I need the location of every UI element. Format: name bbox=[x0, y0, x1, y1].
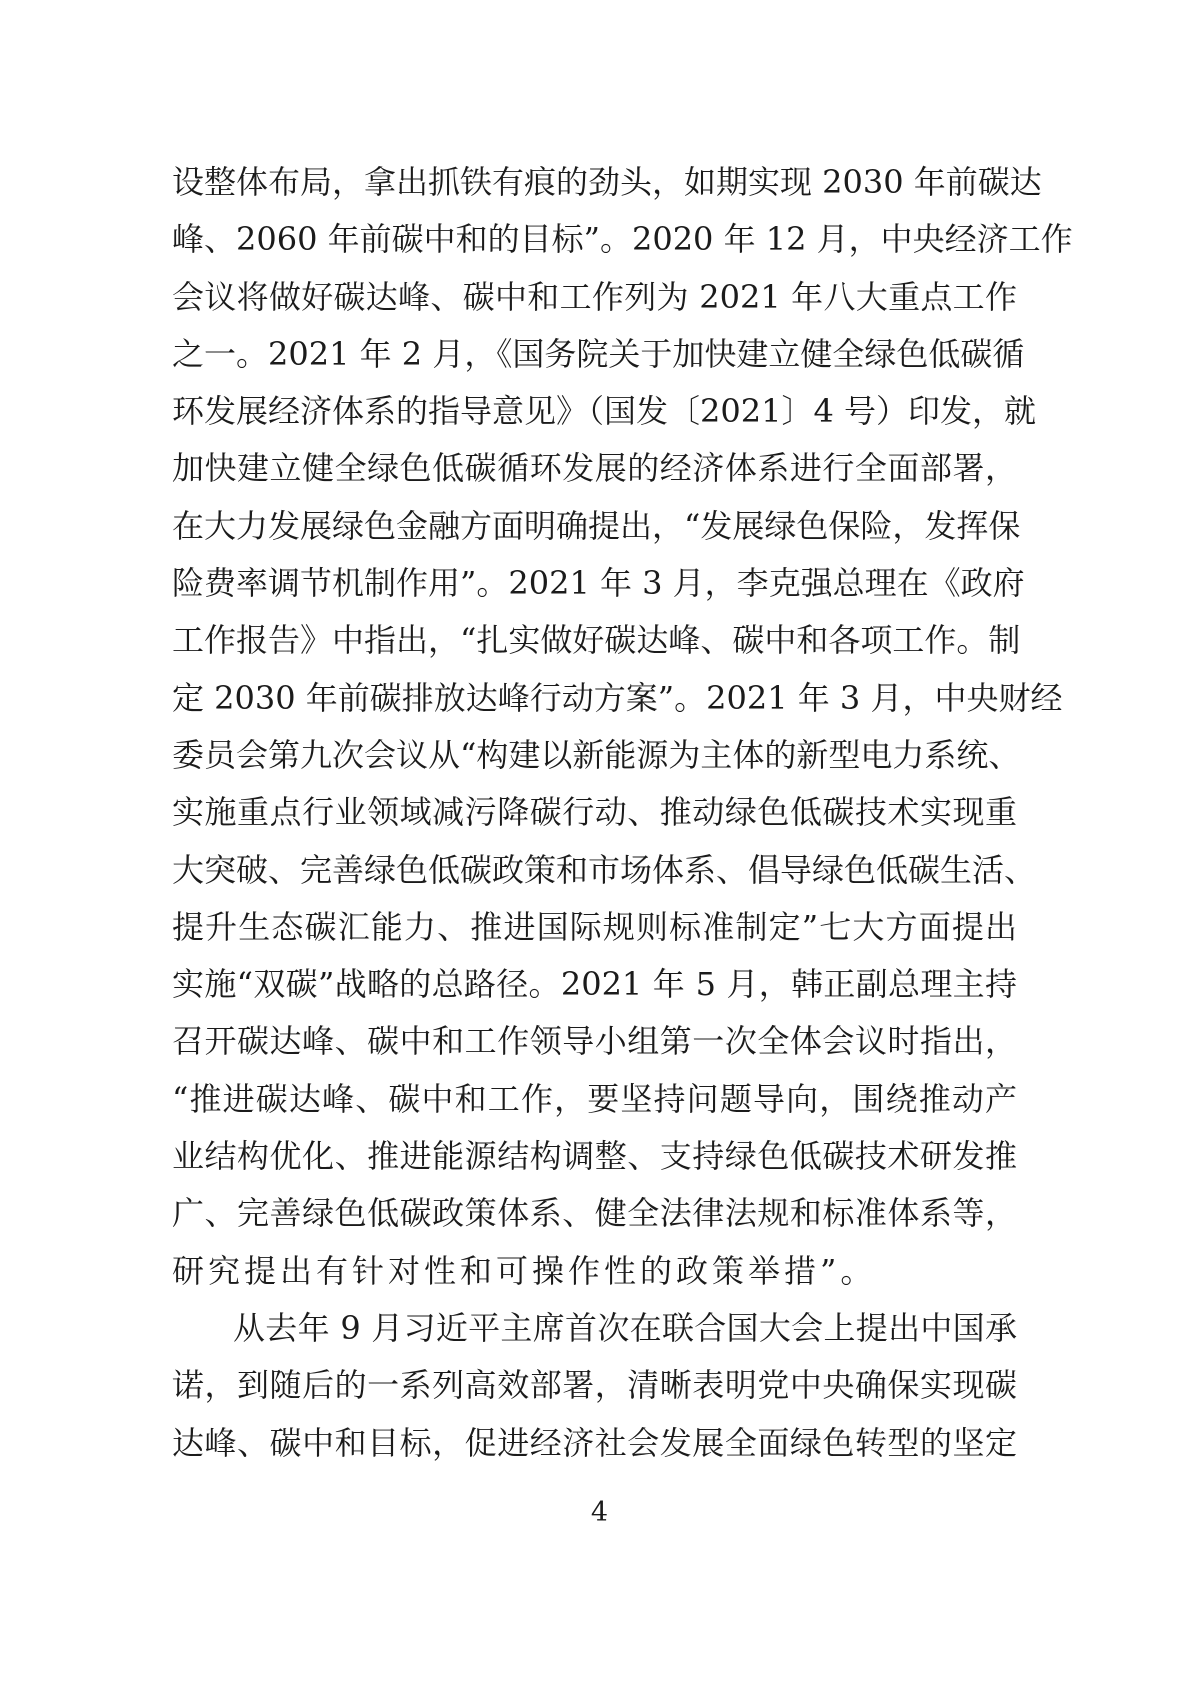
text-line: 达峰、碳中和目标，促进经济社会发展全面绿色转型的坚定 bbox=[172, 1415, 1017, 1472]
text-line: 提升生态碳汇能力、推进国际规则标准制定”七大方面提出 bbox=[172, 899, 1017, 956]
page-number: 4 bbox=[0, 1496, 1199, 1530]
text-line: 定 2030 年前碳排放达峰行动方案”。2021 年 3 月，中央财经 bbox=[172, 670, 1017, 727]
text-line: 工作报告》中指出，“扎实做好碳达峰、碳中和各项工作。制 bbox=[172, 612, 1017, 669]
text-line: 险费率调节机制作用”。2021 年 3 月，李克强总理在《政府 bbox=[172, 555, 1017, 612]
text-line-paragraph-start: 从去年 9 月习近平主席首次在联合国大会上提出中国承 bbox=[172, 1300, 1017, 1357]
text-line: 之一。2021 年 2 月，《国务院关于加快建立健全绿色低碳循 bbox=[172, 326, 1017, 383]
text-line: 实施重点行业领域减污降碳行动、推动绿色低碳技术实现重 bbox=[172, 784, 1017, 841]
text-line: “推进碳达峰、碳中和工作，要坚持问题导向，围绕推动产 bbox=[172, 1071, 1017, 1128]
document-page: 设整体布局，拿出抓铁有痕的劲头，如期实现 2030 年前碳达 峰、2060 年前… bbox=[0, 0, 1199, 1696]
body-text: 设整体布局，拿出抓铁有痕的劲头，如期实现 2030 年前碳达 峰、2060 年前… bbox=[172, 154, 1017, 1472]
text-line: 实施“双碳”战略的总路径。2021 年 5 月，韩正副总理主持 bbox=[172, 956, 1017, 1013]
text-line: 业结构优化、推进能源结构调整、支持绿色低碳技术研发推 bbox=[172, 1128, 1017, 1185]
text-line: 环发展经济体系的指导意见》（国发〔2021〕4 号）印发，就 bbox=[172, 383, 1017, 440]
text-line-paragraph-end: 研究提出有针对性和可操作性的政策举措”。 bbox=[172, 1243, 1017, 1300]
text-line: 加快建立健全绿色低碳循环发展的经济体系进行全面部署， bbox=[172, 440, 1017, 497]
text-line: 大突破、完善绿色低碳政策和市场体系、倡导绿色低碳生活、 bbox=[172, 842, 1017, 899]
text-line: 设整体布局，拿出抓铁有痕的劲头，如期实现 2030 年前碳达 bbox=[172, 154, 1017, 211]
text-line: 会议将做好碳达峰、碳中和工作列为 2021 年八大重点工作 bbox=[172, 269, 1017, 326]
text-line: 委员会第九次会议从“构建以新能源为主体的新型电力系统、 bbox=[172, 727, 1017, 784]
text-line: 广、完善绿色低碳政策体系、健全法律法规和标准体系等， bbox=[172, 1185, 1017, 1242]
text-line: 在大力发展绿色金融方面明确提出，“发展绿色保险，发挥保 bbox=[172, 498, 1017, 555]
text-line: 峰、2060 年前碳中和的目标”。2020 年 12 月，中央经济工作 bbox=[172, 211, 1017, 268]
text-line: 召开碳达峰、碳中和工作领导小组第一次全体会议时指出， bbox=[172, 1013, 1017, 1070]
text-line: 诺，到随后的一系列高效部署，清晰表明党中央确保实现碳 bbox=[172, 1357, 1017, 1414]
